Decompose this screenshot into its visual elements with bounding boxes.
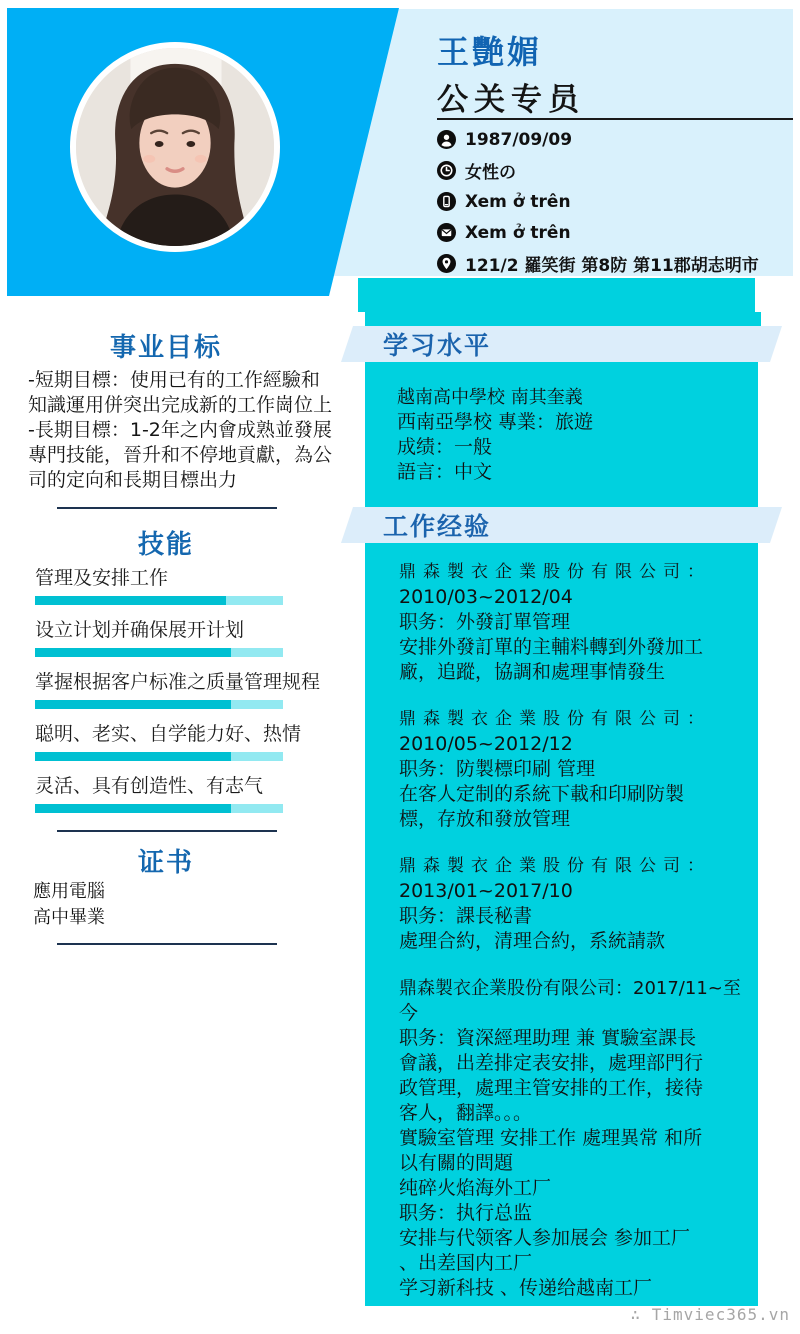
education-content: 越南高中學校 南其奎義西南亞學校 專業：旅遊成绩：一般語言：中文 — [397, 385, 593, 485]
skills-heading: 技能 — [0, 524, 332, 561]
contact-row: 1987/09/09 — [437, 130, 759, 149]
experience-line: 鼎森製衣企業股份有限公司：2017/11~至 — [399, 976, 741, 1001]
profile-photo — [70, 42, 280, 252]
education-section-banner: 学习水平 — [341, 326, 782, 362]
experience-line: 职务：資深經理助理 兼 實驗室課長 — [399, 1026, 741, 1051]
experience-line — [399, 954, 741, 976]
contact-row: Xem ở trên — [437, 223, 759, 242]
portrait-illustration — [76, 48, 274, 246]
objective-line: -短期目標：使用已有的工作經驗和 — [28, 368, 332, 393]
objective-content: -短期目標：使用已有的工作經驗和知識運用併突出完成新的工作崗位上-長期目標：1-… — [28, 368, 332, 493]
divider-before-certificates — [57, 830, 277, 832]
clock-icon — [437, 161, 456, 180]
contact-text: Xem ở trên — [465, 223, 571, 243]
experience-line: 职务：执行总监 — [399, 1201, 741, 1226]
experience-line — [399, 685, 741, 707]
experience-content: 鼎森製衣企業股份有限公司：2010/03~2012/04职务：外發訂單管理安排外… — [399, 560, 741, 1301]
experience-line: 学习新科技 、传递给越南工厂 — [399, 1276, 741, 1301]
skill-label: 灵活、具有创造性、有志气 — [35, 774, 283, 804]
education-line: 越南高中學校 南其奎義 — [397, 385, 593, 410]
cyan-accent-band-step — [365, 312, 761, 328]
contact-row: Xem ở trên — [437, 192, 759, 211]
certificate-item: 應用電腦 — [33, 879, 105, 905]
resume-page: 王艷媚 公关专员 1987/09/09女性のXem ở trênXem ở tr… — [0, 0, 800, 1334]
skill-bar-track — [35, 596, 283, 605]
user-icon — [437, 130, 456, 149]
cyan-accent-band-top — [358, 278, 755, 312]
divider-after-objective — [57, 507, 277, 509]
education-line: 西南亞學校 專業：旅遊 — [397, 410, 593, 435]
skill-bar-track — [35, 700, 283, 709]
experience-line: 鼎森製衣企業股份有限公司： — [399, 560, 741, 585]
skill-item: 设立计划并确保展开计划 — [35, 618, 283, 670]
experience-heading: 工作经验 — [383, 507, 491, 543]
skill-bar-fill — [35, 752, 231, 761]
experience-line: 2010/05~2012/12 — [399, 732, 741, 757]
skill-item: 掌握根据客户标准之质量管理规程 — [35, 670, 283, 722]
education-line: 成绩：一般 — [397, 435, 593, 460]
skill-bar-track — [35, 804, 283, 813]
experience-line — [399, 832, 741, 854]
contact-text: Xem ở trên — [465, 192, 571, 212]
contact-text: 1987/09/09 — [465, 130, 572, 150]
experience-line: 廠，追蹤，協調和處理事情發生 — [399, 660, 741, 685]
experience-line: 安排外發訂單的主輔料轉到外發加工 — [399, 635, 741, 660]
education-heading: 学习水平 — [383, 326, 491, 362]
experience-line: 標，存放和發放管理 — [399, 807, 741, 832]
experience-line: 處理合約，清理合約，系統請款 — [399, 929, 741, 954]
skill-bar-track — [35, 648, 283, 657]
objective-line: -長期目標：1-2年之内會成熟並發展 — [28, 418, 332, 443]
contact-row: 女性の — [437, 161, 759, 180]
experience-line: 實驗室管理 安排工作 處理異常 和所 — [399, 1126, 741, 1151]
experience-line: 客人，翻譯。。。 — [399, 1101, 741, 1126]
skill-label: 管理及安排工作 — [35, 566, 283, 596]
experience-line: 鼎森製衣企業股份有限公司： — [399, 707, 741, 732]
certificates-list: 應用電腦高中畢業 — [33, 879, 105, 931]
objective-heading: 事业目标 — [0, 327, 332, 364]
location-icon — [437, 254, 456, 273]
watermark: ∴ Timviec365.vn — [631, 1305, 791, 1324]
skill-item: 聪明、老实、自学能力好、热情 — [35, 722, 283, 774]
skills-list: 管理及安排工作设立计划并确保展开计划掌握根据客户标准之质量管理规程聪明、老实、自… — [35, 566, 283, 826]
objective-line: 專門技能，晉升和不停地貢獻，為公 — [28, 443, 332, 468]
contact-list: 1987/09/09女性のXem ở trênXem ở trên121/2 羅… — [437, 130, 759, 273]
education-line: 語言：中文 — [397, 460, 593, 485]
skill-item: 管理及安排工作 — [35, 566, 283, 618]
experience-line: 安排与代领客人参加展会 参加工厂 — [399, 1226, 741, 1251]
certificates-heading: 证书 — [0, 842, 332, 879]
skill-label: 聪明、老实、自学能力好、热情 — [35, 722, 283, 752]
experience-line: 今 — [399, 1001, 741, 1026]
contact-text: 女性の — [465, 158, 516, 183]
skill-bar-fill — [35, 804, 231, 813]
experience-line: 會議，出差排定表安排，處理部門行 — [399, 1051, 741, 1076]
skill-bar-fill — [35, 700, 231, 709]
phone-icon — [437, 192, 456, 211]
contact-row: 121/2 羅笑街 第8防 第11郡胡志明市 — [437, 254, 759, 273]
objective-line: 知識運用併突出完成新的工作崗位上 — [28, 393, 332, 418]
experience-line: 纯碎火焰海外工厂 — [399, 1176, 741, 1201]
experience-line: 职务：防製標印刷 管理 — [399, 757, 741, 782]
skill-bar-fill — [35, 596, 226, 605]
experience-line: 政管理，處理主管安排的工作，接待 — [399, 1076, 741, 1101]
candidate-name: 王艷媚 — [437, 27, 542, 73]
experience-line: 、出差国内工厂 — [399, 1251, 741, 1276]
header-divider — [437, 118, 793, 120]
skill-label: 设立计划并确保展开计划 — [35, 618, 283, 648]
experience-line: 在客人定制的系統下載和印刷防製 — [399, 782, 741, 807]
skill-bar-track — [35, 752, 283, 761]
objective-line: 司的定向和長期目標出力 — [28, 468, 332, 493]
experience-line: 2013/01~2017/10 — [399, 879, 741, 904]
skill-label: 掌握根据客户标准之质量管理规程 — [35, 670, 283, 700]
contact-text: 121/2 羅笑街 第8防 第11郡胡志明市 — [465, 251, 759, 276]
experience-line: 以有關的問題 — [399, 1151, 741, 1176]
divider-after-certificates — [57, 943, 277, 945]
skill-item: 灵活、具有创造性、有志气 — [35, 774, 283, 826]
experience-line: 2010/03~2012/04 — [399, 585, 741, 610]
skill-bar-fill — [35, 648, 231, 657]
candidate-title: 公关专员 — [437, 74, 585, 119]
experience-line: 职务：課長秘書 — [399, 904, 741, 929]
experience-line: 职务：外發訂單管理 — [399, 610, 741, 635]
experience-section-banner: 工作经验 — [341, 507, 782, 543]
experience-line: 鼎森製衣企業股份有限公司： — [399, 854, 741, 879]
email-icon — [437, 223, 456, 242]
certificate-item: 高中畢業 — [33, 905, 105, 931]
